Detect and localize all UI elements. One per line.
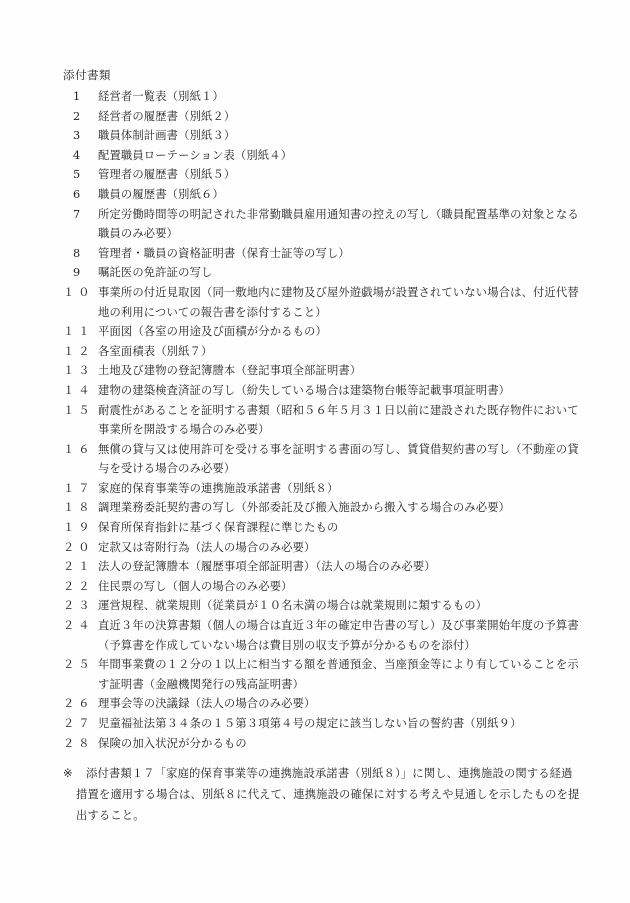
item-number: １３: [63, 361, 98, 381]
item-number: 7: [63, 205, 98, 225]
footnote-text: 添付書類１７「家庭的保育事業等の連携施設承諾書（別紙８）」に関し、連携施設の関す…: [76, 763, 583, 826]
item-number: 6: [63, 185, 98, 205]
item-text: 定款又は寄附行為（法人の場合のみ必要）: [98, 538, 583, 558]
list-item: 2経営者の履歴書（別紙２）: [63, 107, 583, 127]
list-item: ２５年間事業費の１２分の１以上に相当する額を普通預金、当座預金等により有している…: [63, 655, 583, 694]
list-item: ２０定款又は寄附行為（法人の場合のみ必要）: [63, 538, 583, 558]
attachment-list: 1経営者一覧表（別紙１） 2経営者の履歴書（別紙２） 3職員体制計画書（別紙３）…: [63, 87, 583, 753]
list-item: 4配置職員ローテーション表（別紙４）: [63, 146, 583, 166]
footnote: ※ 添付書類１７「家庭的保育事業等の連携施設承諾書（別紙８）」に関し、連携施設の…: [63, 763, 583, 826]
list-item: １３土地及び建物の登記簿謄本（登記事項全部証明書）: [63, 361, 583, 381]
item-text: 家庭的保育事業等の連携施設承諾書（別紙８）: [98, 479, 583, 499]
item-number: 8: [63, 244, 98, 264]
list-item: 8管理者・職員の資格証明書（保育士証等の写し）: [63, 244, 583, 264]
list-item: １２各室面積表（別紙７）: [63, 342, 583, 362]
list-item: １１平面図（各室の用途及び面積が分かるもの）: [63, 322, 583, 342]
list-item: 1経営者一覧表（別紙１）: [63, 87, 583, 107]
list-item: 6職員の履歴書（別紙６）: [63, 185, 583, 205]
list-item: ２８保険の加入状況が分かるもの: [63, 734, 583, 754]
item-number: ２６: [63, 694, 98, 714]
item-number: ２４: [63, 616, 98, 636]
item-text: 無償の貸与又は使用許可を受ける事を証明する書面の写し、賃貸借契約書の写し（不動産…: [98, 440, 583, 479]
item-number: ２８: [63, 734, 98, 754]
item-text: 事業所の付近見取図（同一敷地内に建物及び屋外遊戯場が設置されていない場合は、付近…: [98, 283, 583, 322]
item-number: ２１: [63, 557, 98, 577]
item-number: １５: [63, 401, 98, 421]
list-item: ２４直近３年の決算書類（個人の場合は直近３年の確定申告書の写し）及び事業開始年度…: [63, 616, 583, 655]
list-item: ２７児童福祉法第３４条の１５第３項第４号の規定に該当しない旨の誓約書（別紙９）: [63, 714, 583, 734]
item-text: 配置職員ローテーション表（別紙４）: [98, 146, 583, 166]
item-text: 運営規程、就業規則（従業員が１０名未満の場合は就業規則に類するもの）: [98, 596, 583, 616]
list-item: １７家庭的保育事業等の連携施設承諾書（別紙８）: [63, 479, 583, 499]
item-text: 年間事業費の１２分の１以上に相当する額を普通預金、当座預金等により有していること…: [98, 655, 583, 694]
item-number: １９: [63, 518, 98, 538]
list-item: ２６理事会等の決議録（法人の場合のみ必要）: [63, 694, 583, 714]
item-number: 2: [63, 107, 98, 127]
item-text: 建物の建築検査済証の写し（紛失している場合は建築物台帳等記載事項証明書）: [98, 381, 583, 401]
item-text: 職員体制計画書（別紙３）: [98, 126, 583, 146]
item-number: 5: [63, 165, 98, 185]
item-text: 管理者の履歴書（別紙５）: [98, 165, 583, 185]
item-text: 保険の加入状況が分かるもの: [98, 734, 583, 754]
item-text: 土地及び建物の登記簿謄本（登記事項全部証明書）: [98, 361, 583, 381]
item-number: 9: [63, 263, 98, 283]
item-number: ２３: [63, 596, 98, 616]
item-number: ２５: [63, 655, 98, 675]
item-number: １７: [63, 479, 98, 499]
list-item: 9嘱託医の免許証の写し: [63, 263, 583, 283]
item-text: 耐震性があることを証明する書類（昭和５６年５月３１日以前に建設された既存物件にお…: [98, 401, 583, 440]
item-text: 法人の登記簿謄本（履歴事項全部証明書）（法人の場合のみ必要）: [98, 557, 583, 577]
reference-mark-icon: ※: [63, 763, 76, 784]
item-number: ２７: [63, 714, 98, 734]
item-number: １８: [63, 498, 98, 518]
list-item: ２１法人の登記簿謄本（履歴事項全部証明書）（法人の場合のみ必要）: [63, 557, 583, 577]
list-item: １４建物の建築検査済証の写し（紛失している場合は建築物台帳等記載事項証明書）: [63, 381, 583, 401]
item-number: 4: [63, 146, 98, 166]
document-page: 添付書類 1経営者一覧表（別紙１） 2経営者の履歴書（別紙２） 3職員体制計画書…: [0, 0, 630, 903]
item-number: １０: [63, 283, 98, 303]
list-item: ２２住民票の写し（個人の場合のみ必要）: [63, 577, 583, 597]
item-text: 保育所保育指針に基づく保育課程に準じたもの: [98, 518, 583, 538]
list-item: 7所定労働時間等の明記された非常勤職員雇用通知書の控えの写し（職員配置基準の対象…: [63, 205, 583, 244]
list-item: １５耐震性があることを証明する書類（昭和５６年５月３１日以前に建設された既存物件…: [63, 401, 583, 440]
item-text: 管理者・職員の資格証明書（保育士証等の写し）: [98, 244, 583, 264]
list-item: １９保育所保育指針に基づく保育課程に準じたもの: [63, 518, 583, 538]
item-number: 3: [63, 126, 98, 146]
item-text: 嘱託医の免許証の写し: [98, 263, 583, 283]
list-item: １０事業所の付近見取図（同一敷地内に建物及び屋外遊戯場が設置されていない場合は、…: [63, 283, 583, 322]
list-item: 3職員体制計画書（別紙３）: [63, 126, 583, 146]
item-number: 1: [63, 87, 98, 107]
item-text: 職員の履歴書（別紙６）: [98, 185, 583, 205]
item-number: １２: [63, 342, 98, 362]
list-item: １６無償の貸与又は使用許可を受ける事を証明する書面の写し、賃貸借契約書の写し（不…: [63, 440, 583, 479]
list-item: １８調理業務委託契約書の写し（外部委託及び搬入施設から搬入する場合のみ必要）: [63, 498, 583, 518]
section-heading: 添付書類: [63, 67, 111, 84]
list-item: ２３運営規程、就業規則（従業員が１０名未満の場合は就業規則に類するもの）: [63, 596, 583, 616]
item-text: 理事会等の決議録（法人の場合のみ必要）: [98, 694, 583, 714]
item-text: 所定労働時間等の明記された非常勤職員雇用通知書の控えの写し（職員配置基準の対象と…: [98, 205, 583, 244]
item-text: 児童福祉法第３４条の１５第３項第４号の規定に該当しない旨の誓約書（別紙９）: [98, 714, 583, 734]
item-text: 平面図（各室の用途及び面積が分かるもの）: [98, 322, 583, 342]
item-text: 経営者の履歴書（別紙２）: [98, 107, 583, 127]
item-text: 経営者一覧表（別紙１）: [98, 87, 583, 107]
item-number: ２２: [63, 577, 98, 597]
list-item: 5管理者の履歴書（別紙５）: [63, 165, 583, 185]
item-text: 各室面積表（別紙７）: [98, 342, 583, 362]
item-number: １６: [63, 440, 98, 460]
item-text: 調理業務委託契約書の写し（外部委託及び搬入施設から搬入する場合のみ必要）: [98, 498, 583, 518]
item-number: ２０: [63, 538, 98, 558]
item-number: １１: [63, 322, 98, 342]
item-text: 住民票の写し（個人の場合のみ必要）: [98, 577, 583, 597]
item-text: 直近３年の決算書類（個人の場合は直近３年の確定申告書の写し）及び事業開始年度の予…: [98, 616, 583, 655]
item-number: １４: [63, 381, 98, 401]
